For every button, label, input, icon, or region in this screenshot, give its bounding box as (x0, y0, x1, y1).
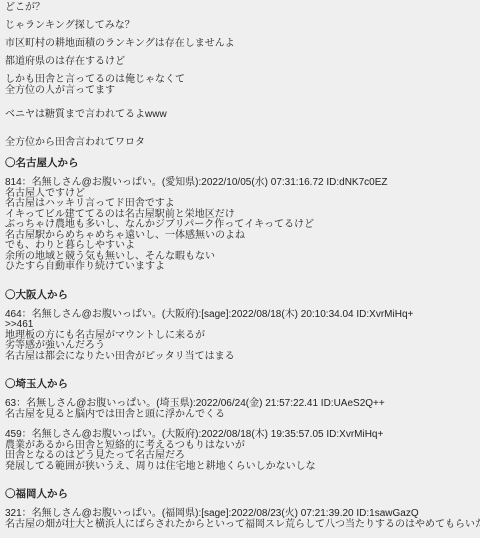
comment-line: 都道府県のは存在するけど (5, 57, 480, 68)
post: 321：名無しさん@お腹いっぱい。(福岡県):[sage]:2022/08/23… (5, 509, 480, 530)
post-header: 464：名無しさん@お腹いっぱい。(大阪府):[sage]:2022/08/18… (5, 310, 480, 321)
post-header: 459：名無しさん@お腹いっぱい。(大阪府):2022/08/18(木) 19:… (5, 430, 480, 441)
section-heading: 〇埼玉人から (5, 378, 480, 391)
thread-excerpt: どこが？ じゃランキング探してみな？ 市区町村の耕地面積のランキングは存在しませ… (0, 0, 480, 530)
anchor-reference: >>461 (5, 320, 480, 331)
comment-line: どこが？ (5, 3, 480, 14)
post-body-line: ひたすら自動車作り続けていますよ (5, 262, 480, 273)
section-nagoya: 〇名古屋人から 814：名無しさん@お腹いっぱい。(愛知県):2022/10/0… (5, 157, 480, 273)
comment-line: しかも田舎と言ってるのは俺じゃなくて (5, 75, 480, 86)
comment-line: 全方位の人が言ってます (5, 86, 480, 97)
post-body-line: 劣等感が強いんだろう (5, 341, 480, 352)
post-header: 321：名無しさん@お腹いっぱい。(福岡県):[sage]:2022/08/23… (5, 509, 480, 520)
post-body-line: 名古屋はハッキリ言ってド田舎ですよ (5, 199, 480, 210)
section-heading: 〇名古屋人から (5, 157, 480, 170)
post-body-line: 発展してる範囲が狭いうえ、周りは住宅地と耕地くらいしかないしな (5, 462, 480, 473)
post: 63：名無しさん@お腹いっぱい。(埼玉県):2022/06/24(金) 21:5… (5, 399, 480, 420)
post-header: 814：名無しさん@お腹いっぱい。(愛知県):2022/10/05(水) 07:… (5, 178, 480, 189)
post-body-line: 名古屋は都会になりたい田舎がピッタリ当てはまる (5, 352, 480, 363)
post: 814：名無しさん@お腹いっぱい。(愛知県):2022/10/05(水) 07:… (5, 178, 480, 273)
post-body-line: 名古屋の畑が壮大と横浜人にばらされたからといって福岡スレ荒らして八つ当たりするの… (5, 520, 480, 531)
post: 459：名無しさん@お腹いっぱい。(大阪府):2022/08/18(木) 19:… (5, 430, 480, 472)
post-body-line: 田舎となるのはどう見たって名古屋だろ (5, 451, 480, 462)
comment-line: じゃランキング探してみな？ (5, 21, 480, 32)
post-body-line: ぶっちゃけ農地も多いし、なんかジブリパーク作ってイキってるけど (5, 220, 480, 231)
section-fukuoka: 〇福岡人から 321：名無しさん@お腹いっぱい。(福岡県):[sage]:202… (5, 488, 480, 530)
comment-line: 市区町村の耕地面積のランキングは存在しませんよ (5, 39, 480, 50)
comment-line: 全方位から田舎言われてワロタ (5, 138, 480, 149)
section-osaka: 〇大阪人から 464：名無しさん@お腹いっぱい。(大阪府):[sage]:202… (5, 289, 480, 363)
section-saitama: 〇埼玉人から 63：名無しさん@お腹いっぱい。(埼玉県):2022/06/24(… (5, 378, 480, 472)
post-header: 63：名無しさん@お腹いっぱい。(埼玉県):2022/06/24(金) 21:5… (5, 399, 480, 410)
comment-line: ベニヤは糖質まで言われてるよwww (5, 110, 480, 121)
section-heading: 〇大阪人から (5, 289, 480, 302)
section-heading: 〇福岡人から (5, 488, 480, 501)
post-body-line: 名古屋を見ると脳内では田舎と頭に浮かんでくる (5, 410, 480, 421)
post: 464：名無しさん@お腹いっぱい。(大阪府):[sage]:2022/08/18… (5, 310, 480, 363)
post-body-line: でも、わりと暮らしやすいよ (5, 241, 480, 252)
